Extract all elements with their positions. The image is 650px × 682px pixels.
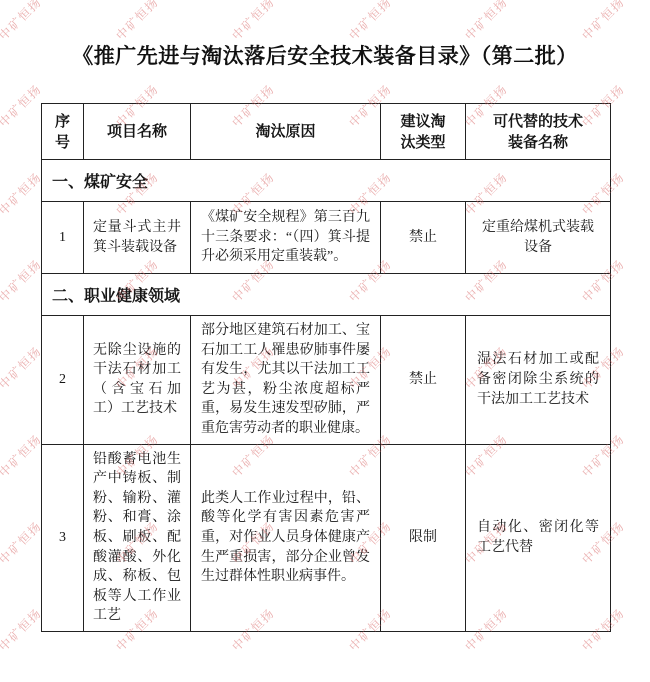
cell-project-name: 无除尘设施的干法石材加工（含宝石加工）工艺技术	[84, 316, 191, 445]
cell-serial: 1	[42, 202, 84, 274]
catalog-table: 序 号 项目名称 淘汰原因 建议淘 汰类型 可代替的技术 装备名称 一、煤矿安全…	[41, 103, 611, 632]
watermark-text: 中矿恒扬	[578, 0, 628, 44]
table-row: 2无除尘设施的干法石材加工（含宝石加工）工艺技术部分地区建筑石材加工、宝石加工工…	[42, 316, 611, 445]
cell-serial: 3	[42, 444, 84, 631]
column-header-suggested-type: 建议淘 汰类型	[381, 104, 466, 160]
cell-alternative-equipment: 自动化、密闭化等工艺代替	[466, 444, 611, 631]
section-heading: 一、煤矿安全	[42, 160, 611, 202]
watermark-text: 中矿恒扬	[111, 0, 161, 44]
watermark-text: 中矿恒扬	[0, 255, 45, 305]
section-heading-row: 二、职业健康领域	[42, 274, 611, 316]
cell-elimination-reason: 《煤矿安全规程》第三百九十三条要求：“（四）箕斗提升必须采用定重装载”。	[191, 202, 381, 274]
watermark-text: 中矿恒扬	[0, 0, 45, 44]
watermark-text: 中矿恒扬	[0, 343, 45, 393]
column-header-alternative-equipment: 可代替的技术 装备名称	[466, 104, 611, 160]
cell-project-name: 铅酸蓄电池生产中铸板、制粉、输粉、灌粉、和膏、涂板、刷板、配酸灌酸、外化成、称板…	[84, 444, 191, 631]
section-heading: 二、职业健康领域	[42, 274, 611, 316]
watermark-text: 中矿恒扬	[0, 517, 45, 567]
cell-project-name: 定量斗式主井箕斗装载设备	[84, 202, 191, 274]
cell-suggested-type: 禁止	[381, 202, 466, 274]
watermark-text: 中矿恒扬	[228, 0, 278, 44]
cell-elimination-reason: 此类人工作业过程中，铅、酸等化学有害因素危害严重，对作业人员身体健康产生严重损害…	[191, 444, 381, 631]
header-row: 序 号 项目名称 淘汰原因 建议淘 汰类型 可代替的技术 装备名称	[42, 104, 611, 160]
table-row: 1定量斗式主井箕斗装载设备《煤矿安全规程》第三百九十三条要求：“（四）箕斗提升必…	[42, 202, 611, 274]
cell-elimination-reason: 部分地区建筑石材加工、宝石加工工人罹患矽肺事件屡有发生，尤其以干法加工工艺为甚，…	[191, 316, 381, 445]
watermark-text: 中矿恒扬	[461, 0, 511, 44]
cell-suggested-type: 限制	[381, 444, 466, 631]
cell-alternative-equipment: 湿法石材加工或配备密闭除尘系统的干法加工工艺技术	[466, 316, 611, 445]
document-page: 《推广先进与淘汰落后安全技术装备目录》（第二批） 序 号 项目名称 淘汰原因 建…	[0, 0, 650, 682]
document-title: 《推广先进与淘汰落后安全技术装备目录》（第二批）	[0, 40, 650, 70]
cell-suggested-type: 禁止	[381, 316, 466, 445]
watermark-text: 中矿恒扬	[345, 0, 395, 44]
watermark-text: 中矿恒扬	[0, 430, 45, 480]
table-body: 一、煤矿安全1定量斗式主井箕斗装载设备《煤矿安全规程》第三百九十三条要求：“（四…	[42, 160, 611, 632]
section-heading-row: 一、煤矿安全	[42, 160, 611, 202]
column-header-project-name: 项目名称	[84, 104, 191, 160]
cell-serial: 2	[42, 316, 84, 445]
column-header-serial: 序 号	[42, 104, 84, 160]
column-header-elimination-reason: 淘汰原因	[191, 104, 381, 160]
watermark-text: 中矿恒扬	[0, 604, 45, 654]
watermark-text: 中矿恒扬	[0, 168, 45, 218]
watermark-text: 中矿恒扬	[0, 81, 45, 131]
table-row: 3铅酸蓄电池生产中铸板、制粉、输粉、灌粉、和膏、涂板、刷板、配酸灌酸、外化成、称…	[42, 444, 611, 631]
cell-alternative-equipment: 定重给煤机式装载设备	[466, 202, 611, 274]
